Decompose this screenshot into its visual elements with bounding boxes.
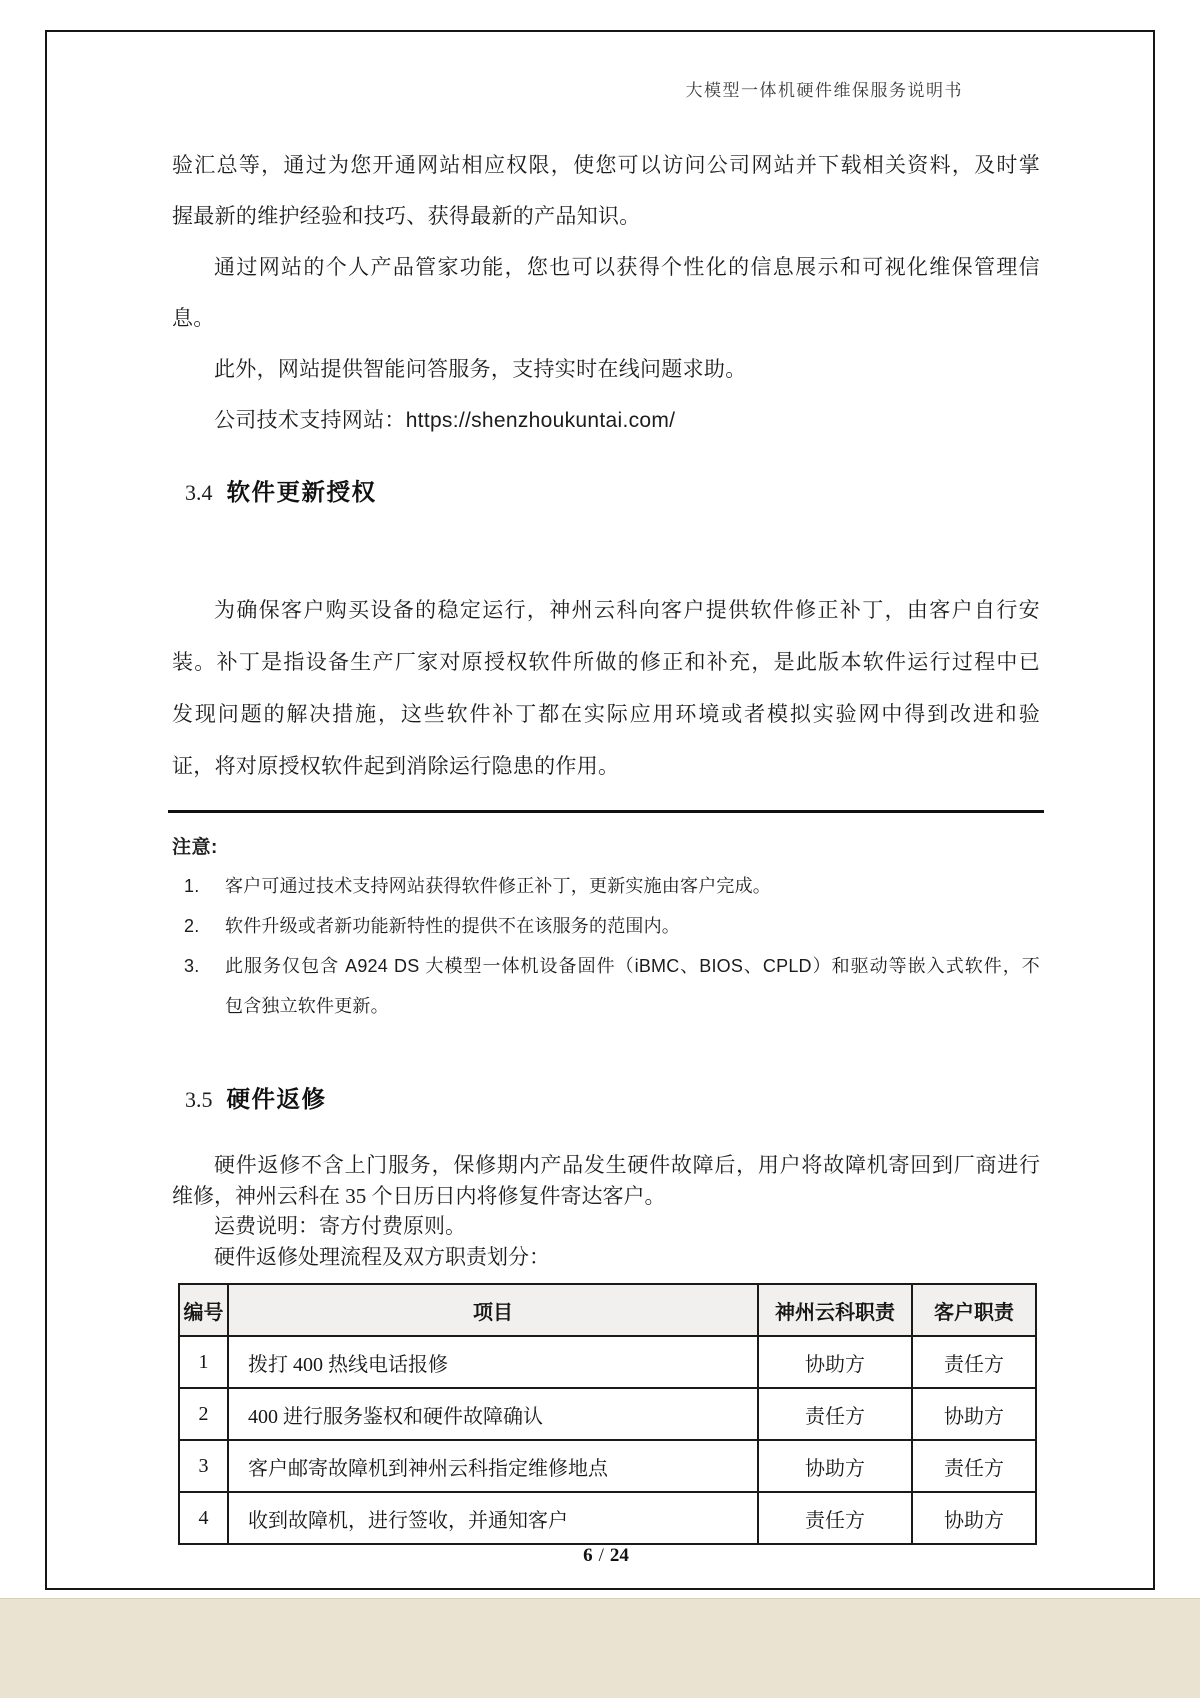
table-cell-number: 3: [179, 1440, 228, 1492]
table-cell-item: 拨打 400 热线电话报修: [228, 1336, 758, 1388]
page-total: 24: [610, 1545, 629, 1566]
text-line: 包含独立软件更新。: [225, 986, 1040, 1026]
section-number: 3.5: [185, 1087, 213, 1112]
text-line: 硬件返修处理流程及双方职责划分：: [172, 1242, 1040, 1273]
note-number: 3.: [172, 946, 225, 1026]
page-number-separator: /: [599, 1545, 604, 1566]
text-line: 此服务仅包含 A924 DS 大模型一体机设备固件（iBMC、BIOS、CPLD…: [225, 946, 1040, 986]
note-text: 此服务仅包含 A924 DS 大模型一体机设备固件（iBMC、BIOS、CPLD…: [225, 946, 1040, 1026]
table-header-cell: 编号: [179, 1284, 228, 1336]
support-website-line: 公司技术支持网站：https://shenzhoukuntai.com/: [172, 395, 1040, 446]
table-cell-item: 400 进行服务鉴权和硬件故障确认: [228, 1388, 758, 1440]
table-cell-number: 4: [179, 1492, 228, 1544]
table-header-cell: 项目: [228, 1284, 758, 1336]
note-number: 2.: [172, 906, 225, 946]
page-footer: 6/24: [172, 1545, 1040, 1567]
text-line: 验汇总等，通过为您开通网站相应权限，使您可以访问公司网站并下载相关资料，及时掌: [172, 140, 1040, 191]
table-row: 1 拨打 400 热线电话报修 协助方 责任方: [179, 1336, 1036, 1388]
section-3-4-paragraph: 为确保客户购买设备的稳定运行，神州云科向客户提供软件修正补丁，由客户自行安 装。…: [172, 585, 1040, 793]
document-header: 大模型一体机硬件维保服务说明书: [0, 76, 963, 101]
note-item: 3. 此服务仅包含 A924 DS 大模型一体机设备固件（iBMC、BIOS、C…: [172, 946, 1040, 1026]
table-cell-item: 收到故障机，进行签收，并通知客户: [228, 1492, 758, 1544]
note-text: 软件升级或者新功能新特性的提供不在该服务的范围内。: [225, 906, 1040, 946]
text-line: 装。补丁是指设备生产厂家对原授权软件所做的修正和补充，是此版本软件运行过程中已: [172, 637, 1040, 689]
section-3-5-paragraphs: 硬件返修不含上门服务，保修期内产品发生硬件故障后，用户将故障机寄回到厂商进行 维…: [172, 1150, 1040, 1272]
text-line: 息。: [172, 293, 1040, 344]
table-row: 3 客户邮寄故障机到神州云科指定维修地点 协助方 责任方: [179, 1440, 1036, 1492]
intro-paragraphs: 验汇总等，通过为您开通网站相应权限，使您可以访问公司网站并下载相关资料，及时掌 …: [172, 140, 1040, 446]
table-cell-vendor-duty: 责任方: [758, 1492, 912, 1544]
table-header-cell: 客户职责: [912, 1284, 1036, 1336]
text-line: 通过网站的个人产品管家功能，您也可以获得个性化的信息展示和可视化维保管理信: [172, 242, 1040, 293]
table-cell-item: 客户邮寄故障机到神州云科指定维修地点: [228, 1440, 758, 1492]
table-cell-vendor-duty: 责任方: [758, 1388, 912, 1440]
repair-responsibility-table: 编号 项目 神州云科职责 客户职责 1 拨打 400 热线电话报修 协助方 责任…: [178, 1283, 1037, 1545]
page-number: 6: [583, 1545, 593, 1566]
section-heading-3-4: 3.4软件更新授权: [185, 473, 377, 507]
table-header-row: 编号 项目 神州云科职责 客户职责: [179, 1284, 1036, 1336]
note-text: 客户可通过技术支持网站获得软件修正补丁，更新实施由客户完成。: [225, 866, 1040, 906]
text-line: 证，将对原授权软件起到消除运行隐患的作用。: [172, 741, 1040, 793]
text-line: 此外，网站提供智能问答服务，支持实时在线问题求助。: [172, 344, 1040, 395]
note-number: 1.: [172, 866, 225, 906]
text-line: 维修，神州云科在 35 个日历日内将修复件寄达客户。: [172, 1181, 1040, 1212]
table-cell-customer-duty: 责任方: [912, 1440, 1036, 1492]
table-cell-customer-duty: 协助方: [912, 1388, 1036, 1440]
text-line: 硬件返修不含上门服务，保修期内产品发生硬件故障后，用户将故障机寄回到厂商进行: [172, 1150, 1040, 1181]
section-title: 软件更新授权: [227, 479, 377, 505]
table-cell-number: 1: [179, 1336, 228, 1388]
note-label: 注意:: [172, 832, 218, 859]
text-line: 为确保客户购买设备的稳定运行，神州云科向客户提供软件修正补丁，由客户自行安: [172, 585, 1040, 637]
notes-list: 1. 客户可通过技术支持网站获得软件修正补丁，更新实施由客户完成。 2. 软件升…: [172, 866, 1040, 1026]
section-heading-3-5: 3.5硬件返修: [185, 1080, 327, 1114]
table-cell-number: 2: [179, 1388, 228, 1440]
table-row: 2 400 进行服务鉴权和硬件故障确认 责任方 协助方: [179, 1388, 1036, 1440]
table-cell-customer-duty: 责任方: [912, 1336, 1036, 1388]
text-line: 运费说明：寄方付费原则。: [172, 1211, 1040, 1242]
table-header-cell: 神州云科职责: [758, 1284, 912, 1336]
table-row: 4 收到故障机，进行签收，并通知客户 责任方 协助方: [179, 1492, 1036, 1544]
table-cell-customer-duty: 协助方: [912, 1492, 1036, 1544]
note-item: 2. 软件升级或者新功能新特性的提供不在该服务的范围内。: [172, 906, 1040, 946]
table-cell-vendor-duty: 协助方: [758, 1336, 912, 1388]
text-line: 发现问题的解决措施，这些软件补丁都在实际应用环境或者模拟实验网中得到改进和验: [172, 689, 1040, 741]
page-background-strip: [0, 1598, 1200, 1698]
section-number: 3.4: [185, 480, 213, 505]
table-cell-vendor-duty: 协助方: [758, 1440, 912, 1492]
note-item: 1. 客户可通过技术支持网站获得软件修正补丁，更新实施由客户完成。: [172, 866, 1040, 906]
section-title: 硬件返修: [227, 1086, 327, 1112]
text-line: 握最新的维护经验和技巧、获得最新的产品知识。: [172, 191, 1040, 242]
notes-divider-line: [168, 810, 1044, 813]
